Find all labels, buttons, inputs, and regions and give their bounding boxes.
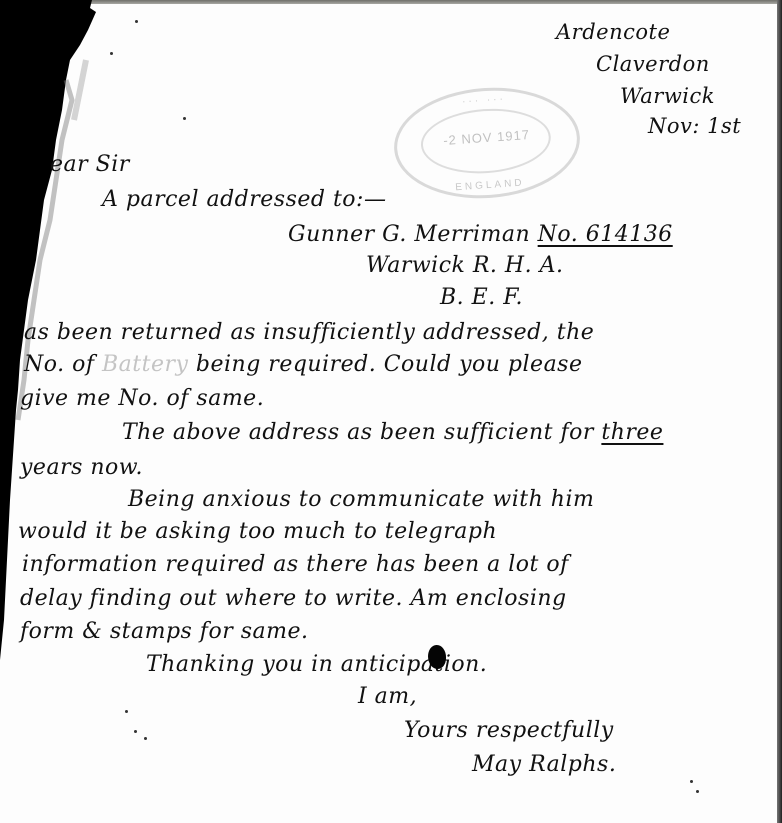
body-line-8: information required as there has been a…: [22, 552, 569, 577]
addressee-line1: Gunner G. Merriman No. 614136: [288, 222, 673, 247]
signature: May Ralphs.: [472, 752, 616, 777]
addressee-line2: Warwick R. H. A.: [366, 253, 563, 278]
scan-speck: [696, 790, 699, 793]
letter-date: Nov: 1st: [648, 114, 741, 138]
service-number: No. 614136: [538, 222, 673, 247]
scan-speck: [134, 730, 137, 733]
scan-speck: [183, 117, 186, 120]
body-text: No. of: [24, 352, 102, 377]
scan-frame-top-edge: [0, 0, 782, 4]
body-line-10: form & stamps for same.: [20, 619, 309, 644]
postmark-stamp: ··· ··· -2 NOV 1917 ENGLAND: [390, 82, 583, 205]
body-line-2: No. of Battery being required. Could you…: [24, 352, 583, 377]
faint-word-battery: Battery: [102, 352, 188, 377]
letter-scan: ··· ··· -2 NOV 1917 ENGLAND Ardencote Cl…: [0, 0, 782, 823]
addressee-line3: B. E. F.: [440, 285, 523, 310]
scan-speck: [125, 710, 128, 713]
body-text: The above address as been sufficient for: [122, 420, 601, 445]
body-line-5: years now.: [20, 455, 143, 480]
addressee-name: Gunner G. Merriman: [288, 222, 538, 247]
postmark-bottom-text: ENGLAND: [400, 174, 580, 198]
body-line-9: delay finding out where to write. Am enc…: [20, 586, 567, 611]
valediction: Yours respectfully: [404, 718, 614, 743]
closing-i-am: I am,: [358, 684, 417, 709]
sender-address-line1: Ardencote: [556, 20, 670, 44]
scan-speck: [690, 780, 693, 783]
underlined-word-three: three: [601, 420, 663, 445]
body-line-3: give me No. of same.: [20, 386, 264, 411]
scan-speck: [135, 20, 138, 23]
scan-speck: [110, 52, 113, 55]
body-line-4: The above address as been sufficient for…: [122, 420, 663, 445]
salutation: ear Sir: [50, 152, 130, 177]
scan-frame-right-edge: [777, 0, 782, 823]
body-text: being required. Could you please: [188, 352, 582, 377]
sender-address-line3: Warwick: [620, 84, 715, 108]
intro-line: A parcel addressed to:—: [102, 187, 386, 212]
sender-address-line2: Claverdon: [596, 52, 710, 76]
body-line-7: would it be asking too much to telegraph: [18, 519, 497, 544]
body-line-1: as been returned as insufficiently addre…: [24, 320, 594, 345]
scan-speck: [144, 737, 147, 740]
binding-shadow: [0, 0, 110, 823]
body-line-6: Being anxious to communicate with him: [128, 487, 594, 512]
ink-blot: [428, 645, 446, 669]
